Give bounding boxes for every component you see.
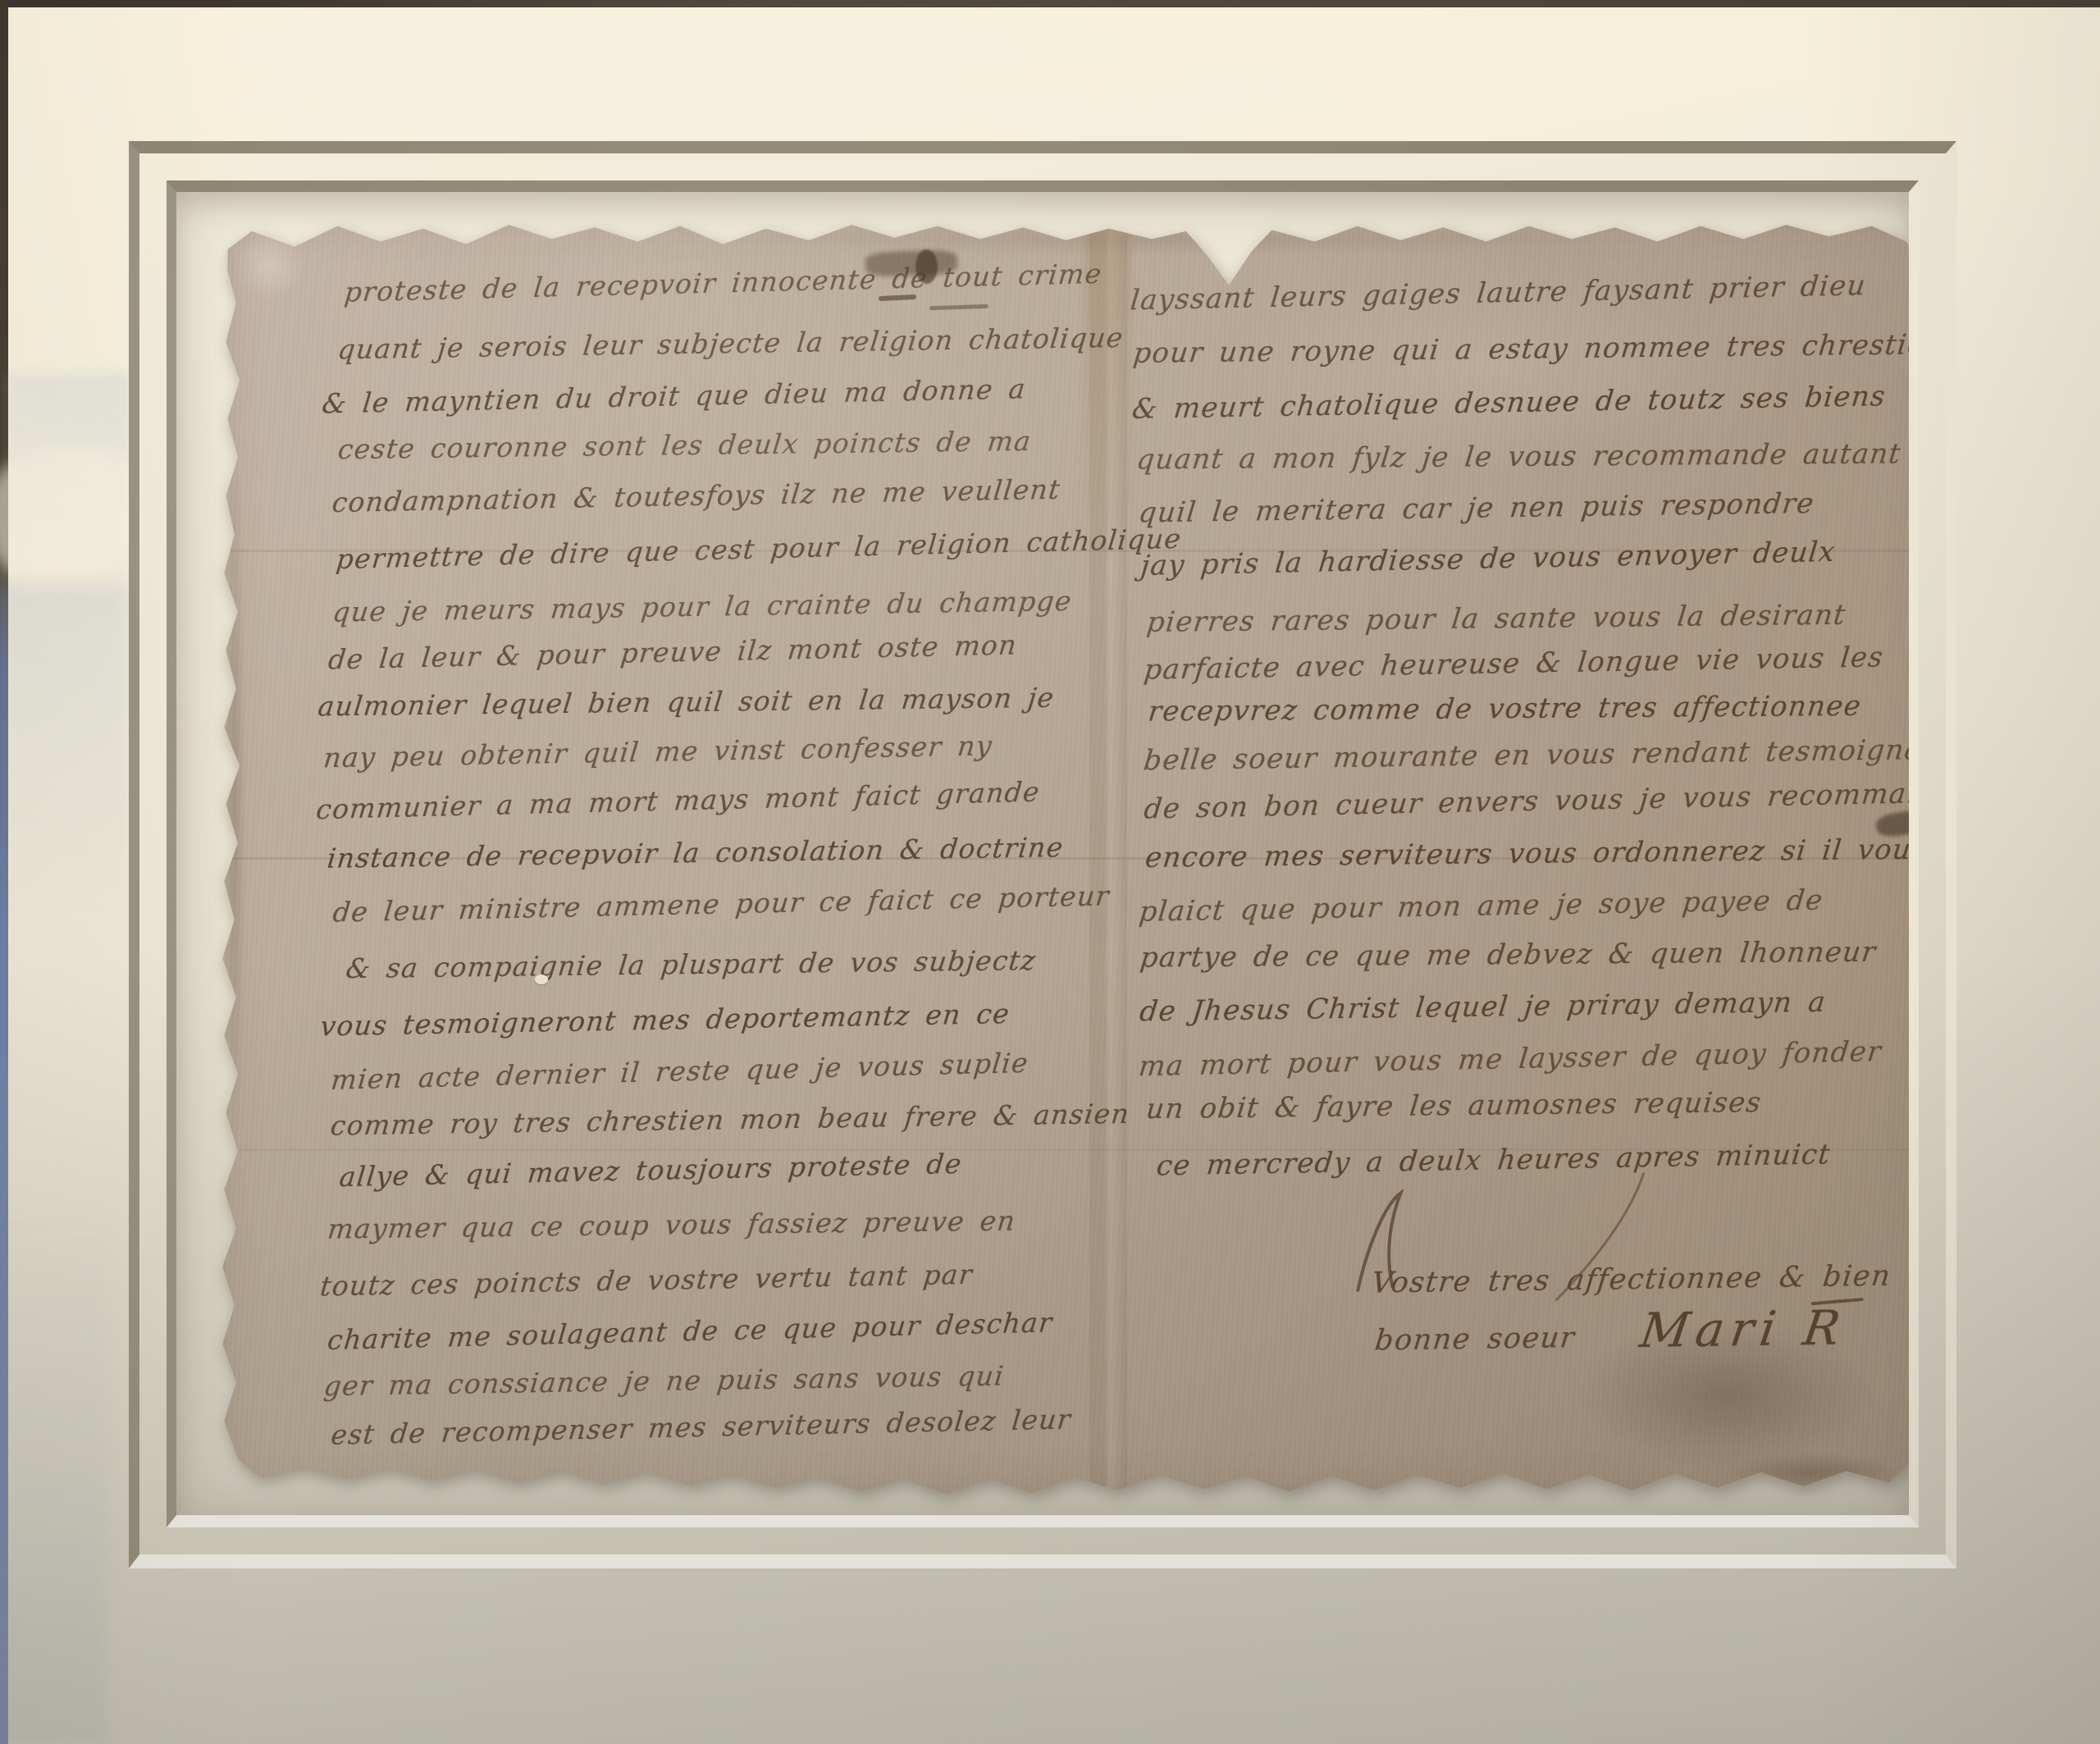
manuscript-line: nay peu obtenir quil me vinst confesser … bbox=[322, 729, 994, 774]
picture-frame-left-edge bbox=[0, 0, 8, 1744]
manuscript-line: charite me soulageant de ce que pour des… bbox=[326, 1306, 1055, 1356]
mat-bevel-inner: proteste de la recepvoir innocente de to… bbox=[167, 180, 1919, 1527]
manuscript-line: proteste de la recepvoir innocente de to… bbox=[343, 258, 1103, 308]
manuscript-sheet-wrap: proteste de la recepvoir innocente de to… bbox=[217, 213, 1919, 1498]
manuscript-line: mien acte dernier il reste que je vous s… bbox=[330, 1047, 1030, 1096]
glass-reflection bbox=[7, 373, 130, 578]
glass-reflection bbox=[0, 582, 131, 911]
manuscript-line: belle soeur mourante en vous rendant tes… bbox=[1142, 733, 1919, 777]
manuscript-line: de leur ministre ammene pour ce faict ce… bbox=[331, 879, 1112, 928]
manuscript-line: layssant leurs gaiges lautre faysant pri… bbox=[1129, 269, 1868, 317]
paper-chip bbox=[535, 975, 548, 984]
manuscript-line: ceste couronne sont les deulx poincts de… bbox=[336, 425, 1033, 465]
closing-line-1: Vostre tres affectionnee & bien bbox=[1370, 1260, 1892, 1300]
signature-mari-r: Mari R bbox=[1637, 1299, 1850, 1358]
manuscript-line: quant je serois leur subjecte la religio… bbox=[336, 322, 1125, 366]
manuscript-line: & meurt chatolique desnuee de toutz ses … bbox=[1130, 380, 1888, 426]
manuscript-line: toutz ces poincts de vostre vertu tant p… bbox=[319, 1258, 975, 1303]
manuscript-line: permettre de dire que cest pour la relig… bbox=[335, 523, 1183, 575]
manuscript-line: & sa compaignie la pluspart de vos subje… bbox=[345, 944, 1039, 984]
glass-reflection bbox=[0, 1214, 107, 1744]
manuscript-line: est de recompenser mes serviteurs desole… bbox=[330, 1403, 1073, 1450]
manuscript-line: ma mort pour vous me laysser de quoy fon… bbox=[1137, 1035, 1883, 1083]
manuscript-line: comme roy tres chrestien mon beau frere … bbox=[329, 1098, 1131, 1142]
manuscript-line: condampnation & toutesfoys ilz ne me veu… bbox=[331, 473, 1062, 518]
manuscript-line: ger ma conssiance je ne puis sans vous q… bbox=[322, 1359, 1007, 1402]
manuscript-line: un obit & fayre les aumosnes requises bbox=[1144, 1086, 1764, 1125]
manuscript-line: pour une royne qui a estay nommee tres c… bbox=[1131, 328, 1919, 370]
manuscript-line: ce mercredy a deulx heures apres minuict bbox=[1155, 1138, 1833, 1182]
manuscript-line: jay pris la hardiesse de vous envoyer de… bbox=[1139, 536, 1837, 582]
manuscript-line: quant a mon fylz je le vous recommande a… bbox=[1134, 437, 1903, 476]
manuscript-line: partye de ce que me debvez & quen lhonne… bbox=[1139, 936, 1879, 975]
manuscript-line: parfaicte avec heureuse & longue vie vou… bbox=[1143, 641, 1886, 686]
manuscript-line: allye & qui mavez tousjours proteste de bbox=[338, 1148, 964, 1193]
manuscript-line: recepvrez comme de vostre tres affection… bbox=[1147, 690, 1864, 728]
manuscript-page-right: Vostre tres affectionnee & bien bonne so… bbox=[1090, 208, 1919, 1504]
mat-bevel-outer: proteste de la recepvoir innocente de to… bbox=[129, 141, 1956, 1568]
ink-smear bbox=[865, 249, 958, 277]
manuscript-line: vous tesmoigneront mes deportemantz en c… bbox=[319, 998, 1012, 1042]
manuscript-line: pierres rares pour la sante vous la desi… bbox=[1145, 599, 1848, 639]
manuscript-line: & le mayntien du droit que dieu ma donne… bbox=[321, 372, 1028, 420]
manuscript-line: de Jhesus Christ lequel je priray demayn… bbox=[1138, 986, 1828, 1029]
manuscript-page-left: proteste de la recepvoir innocente de to… bbox=[206, 206, 1091, 1506]
ink-blot bbox=[915, 249, 938, 284]
backing-board: proteste de la recepvoir innocente de to… bbox=[176, 192, 1909, 1515]
manuscript-line: maymer qua ce coup vous fassiez preuve e… bbox=[326, 1204, 1017, 1244]
manuscript-line: plaict que pour mon ame je soye payee de bbox=[1138, 883, 1825, 928]
manuscript-line: que je meurs mays pour la crainte du cha… bbox=[331, 585, 1075, 628]
manuscript-line: quil le meritera car je nen puis respond… bbox=[1137, 487, 1816, 530]
picture-frame-top-edge bbox=[0, 0, 2100, 7]
manuscript-line: aulmonier lequel bien quil soit en la ma… bbox=[317, 682, 1057, 723]
manuscript-line: communier a ma mort mays mont faict gran… bbox=[315, 775, 1042, 825]
manuscript-line: de son bon cueur envers vous je vous rec… bbox=[1143, 776, 1919, 825]
manuscript-line: instance de recepvoir la consolation & d… bbox=[326, 831, 1066, 874]
framed-letter-photo: proteste de la recepvoir innocente de to… bbox=[0, 0, 2100, 1744]
manuscript-sheet: proteste de la recepvoir innocente de to… bbox=[217, 213, 1919, 1498]
manuscript-line: de la leur & pour preuve ilz mont oste m… bbox=[326, 628, 1019, 675]
closing-line-2: bonne soeur bbox=[1373, 1322, 1577, 1357]
manuscript-line: encore mes serviteurs vous ordonnerez si… bbox=[1144, 833, 1919, 874]
